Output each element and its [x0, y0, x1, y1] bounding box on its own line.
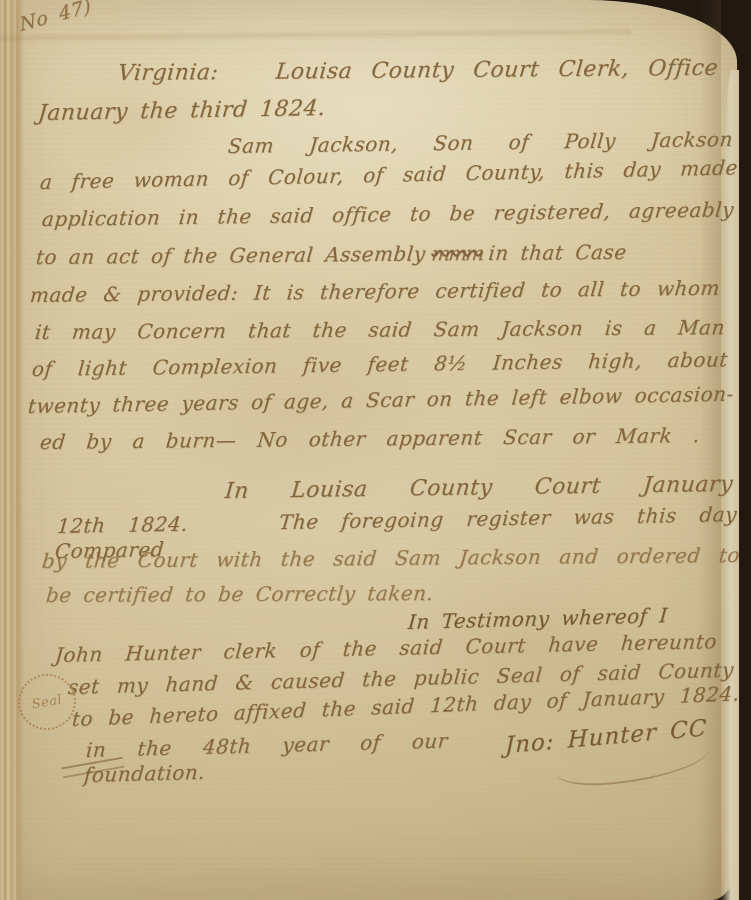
date-line: January the third 1824.: [37, 95, 327, 128]
seal-label: Seal: [31, 692, 64, 712]
document-heading: Virginia: Louisa County Court Clerk, Off…: [117, 55, 720, 88]
strikeout-scribble: mmm: [430, 241, 483, 266]
manuscript-page-scan: No 47) Virginia: Louisa County Court Cle…: [0, 0, 751, 900]
line-concern: it may Concern that the said Sam Jackson…: [34, 315, 726, 345]
binding-gutter: [0, 0, 24, 900]
line-assembly: to an act of the General Assemblymmmin t…: [35, 240, 628, 270]
line-correctly-taken: be certified to be Correctly taken.: [45, 581, 435, 608]
line-48th-year: in the 48th year of our foundation.: [83, 728, 449, 788]
line-assembly-text: to an act of the General Assembly: [35, 242, 427, 269]
line-case-text: in that Case: [487, 240, 628, 265]
